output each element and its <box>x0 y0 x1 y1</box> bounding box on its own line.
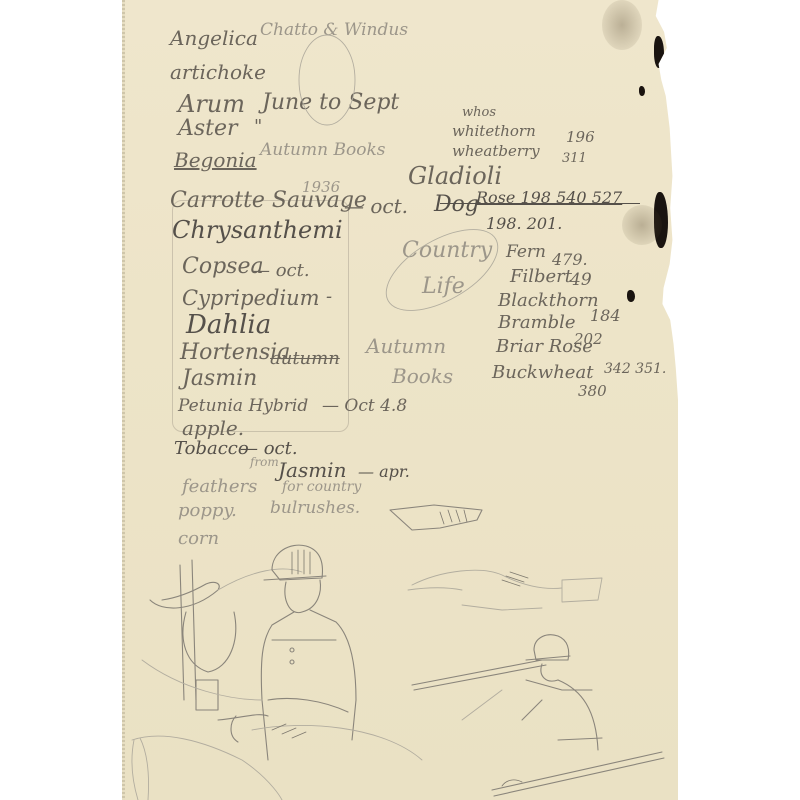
scanned-page: Angelica Chatto & Windus artichoke Arum … <box>0 0 800 800</box>
page-number: 311 <box>562 152 587 165</box>
plant-entry: Chrysanthemi <box>172 218 343 242</box>
plant-entry: Jasmin <box>182 368 257 390</box>
plant-note: — oct. <box>344 196 408 216</box>
page-number: 49 <box>570 272 592 289</box>
plant-note: — apr. <box>358 464 410 480</box>
plant-note: June to Sept <box>262 92 399 114</box>
plant-note: autumn <box>270 350 340 368</box>
burn-mark <box>654 36 664 68</box>
magazine-note: Country <box>402 240 492 262</box>
page-number: 184 <box>590 308 621 324</box>
horseman-sketch <box>132 545 422 800</box>
page-number: 198. 201. <box>486 216 562 232</box>
small-figure-sketch <box>132 738 149 800</box>
plant-note: — oct. <box>252 262 310 280</box>
plant-entry: Gladioli <box>408 164 502 188</box>
note: whos <box>462 106 496 119</box>
shooter-sketch <box>412 635 602 750</box>
plant-entry: Jasmin <box>278 460 346 480</box>
plant-entry: Buckwheat <box>492 364 593 382</box>
saddle-sketch <box>150 560 302 710</box>
plant-note: — Oct 4.8 <box>322 398 407 415</box>
cap-study-sketch <box>390 505 482 530</box>
plant-entry: Blackthorn <box>498 292 599 310</box>
plant-entry: Dog <box>434 194 479 216</box>
plant-note: - <box>326 288 332 306</box>
plant-entry: Arum <box>178 92 245 116</box>
plant-note: Autumn Books <box>260 142 385 159</box>
stain <box>622 205 662 245</box>
faint-entry: poppy. <box>178 502 237 520</box>
faint-note: from <box>250 456 279 468</box>
plant-entry: Bramble <box>498 314 576 332</box>
landscape-sketch <box>408 570 602 610</box>
plant-entry: Angelica <box>170 28 258 48</box>
publisher-note: Books <box>392 366 453 386</box>
faint-entry: bulrushes. <box>270 500 360 517</box>
magazine-note: Life <box>422 276 465 298</box>
plant-entry: Petunia Hybrid <box>178 398 308 415</box>
plant-entry: Aster <box>178 118 238 140</box>
note: wheatberry <box>452 144 540 159</box>
plant-note: " <box>254 118 262 136</box>
plant-entry: Begonia <box>174 150 257 170</box>
plant-entry: apple. <box>182 418 244 438</box>
faint-note: for country <box>282 480 361 494</box>
faint-entry: feathers <box>182 478 257 496</box>
plant-entry: Carrotte Sauvage <box>170 190 367 212</box>
stain <box>602 0 642 50</box>
page-number: 380 <box>578 384 607 399</box>
plant-entry: Briar Rose <box>496 338 593 356</box>
plant-entry: artichoke <box>170 62 266 82</box>
page-number: 196 <box>566 130 595 145</box>
publisher-note: Autumn <box>366 336 446 356</box>
faint-entry: corn <box>178 530 219 548</box>
page-number: 342 351. <box>604 362 666 376</box>
paper-perforated-edge <box>122 0 125 800</box>
burn-mark <box>639 86 645 96</box>
burn-mark <box>627 290 635 302</box>
plant-entry: Filbert <box>510 268 572 286</box>
burn-mark <box>664 300 669 306</box>
plant-entry: Tobacco <box>174 440 249 458</box>
plant-entry: Cypripedium <box>182 288 320 309</box>
paper-sheet: Angelica Chatto & Windus artichoke Arum … <box>122 0 678 800</box>
note: whitethorn <box>452 124 536 139</box>
gun-sketch <box>492 752 664 796</box>
plant-entry: Fern <box>506 244 546 261</box>
publisher-note: Chatto & Windus <box>260 22 408 39</box>
plant-entry: Dahlia <box>186 312 271 338</box>
